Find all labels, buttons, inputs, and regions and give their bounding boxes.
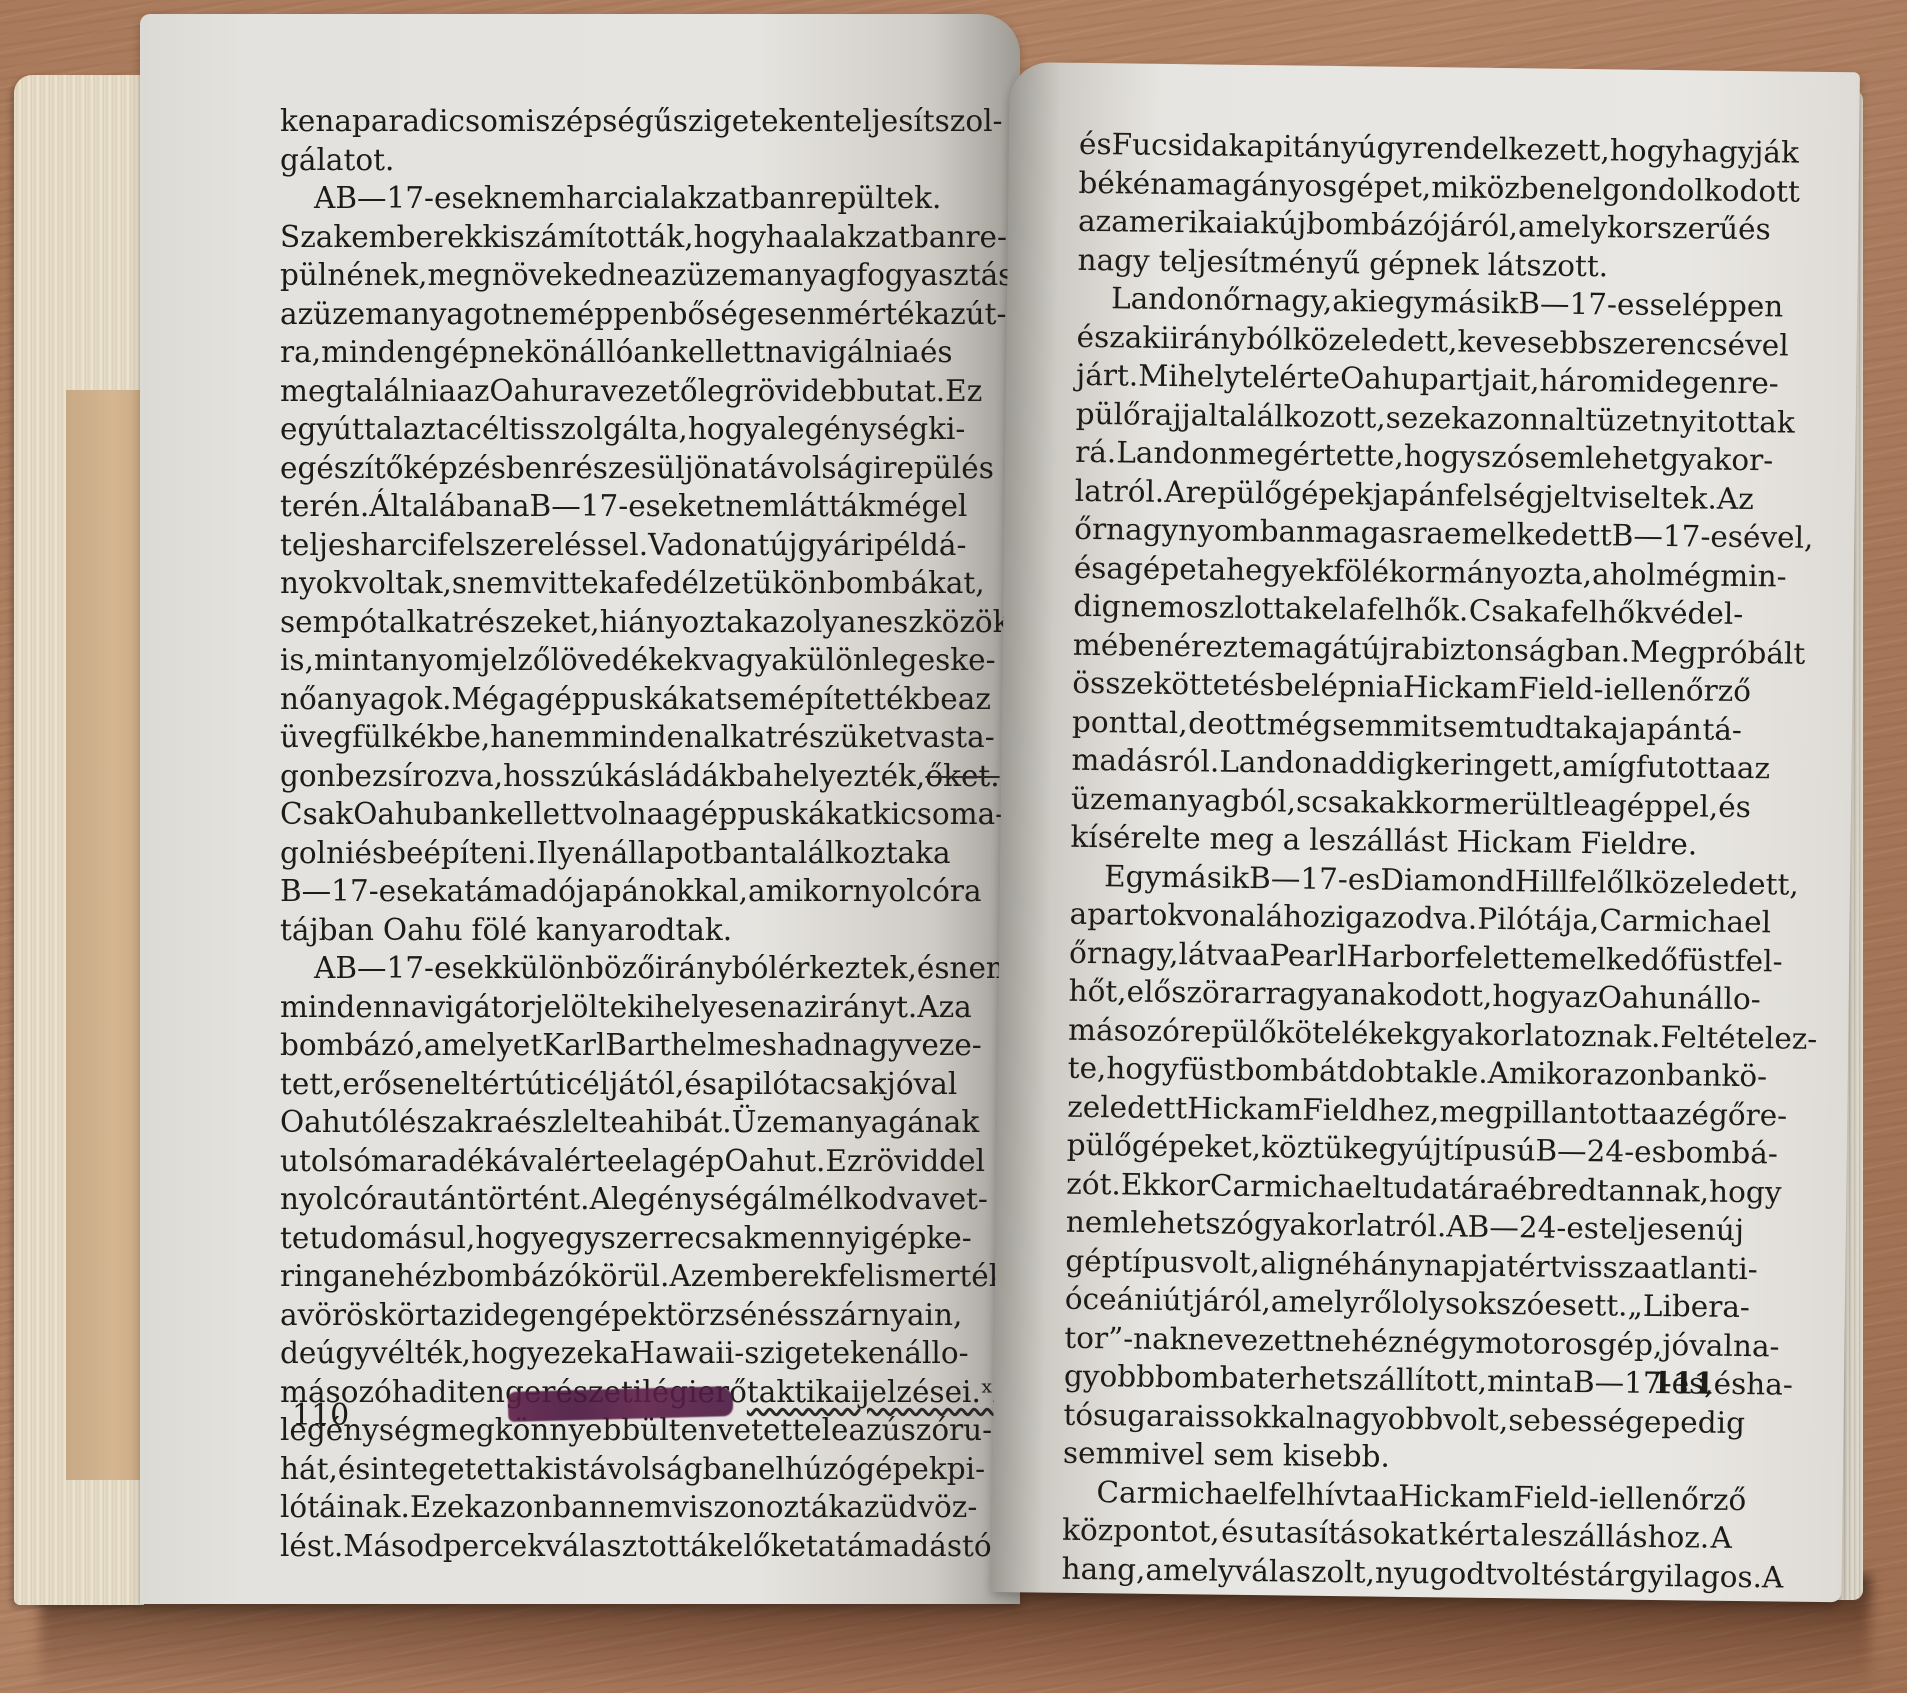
text-line: egészítőképzésbenrészesüljönatávolságire…: [280, 449, 940, 488]
text-line: lést.Másodpercekválasztottákelőketatámad…: [280, 1527, 940, 1566]
text-line: nőanyagok.Mégagéppuskákatsemépítettékbea…: [280, 680, 940, 719]
text-line: mindennavigátorjelöltekihelyesenazirányt…: [280, 988, 940, 1027]
text-line: ringanehézbombázókörül.Azemberekfelismer…: [280, 1257, 940, 1296]
text-line: terén.ÁltalábanaB—17-eseketnemláttákmége…: [280, 487, 940, 526]
page-number-right: 111: [1652, 1366, 1715, 1402]
text-line: nyolcórautántörtént.Alegénységálmélkodva…: [280, 1180, 940, 1219]
text-line: kenaparadicsomiszépségűszigetekenteljesí…: [280, 102, 940, 141]
text-line: bombázó,amelyetKarlBarthelmeshadnagyveze…: [280, 1026, 940, 1065]
text-line: sempótalkatrészeket,hiányoztakazolyanesz…: [280, 603, 940, 642]
text-line: utolsómaradékávalérteelagépOahut.Ezrövid…: [280, 1142, 940, 1181]
text-line: gálatot.: [280, 141, 940, 180]
text-line: lótáinak.Ezekazonbannemviszonoztákazüdvö…: [280, 1488, 940, 1527]
text-line: AB—17-esekkülönbözőiránybólérkeztek,ésne…: [280, 949, 940, 988]
text-line: CsakOahubankellettvolnaagéppuskákatkicso…: [280, 795, 940, 834]
text-line: avöröskörtazidegengépektörzsénésszárnyai…: [280, 1296, 940, 1335]
text-line: tájbanOahufölékanyarodtak.: [280, 911, 940, 950]
text-line: tetudomásul,hogyegyszerrecsakmennyigépke…: [280, 1219, 940, 1258]
text-line: B—17-esekatámadójapánokkal,amikornyolcór…: [280, 872, 940, 911]
text-line: teljesharcifelszereléssel.Vadonatújgyári…: [280, 526, 940, 565]
text-line: nyokvoltak,snemvittekafedélzetükönbombák…: [280, 564, 940, 603]
text-line: azüzemanyagotneméppenbőségesenmértékazút…: [280, 295, 940, 334]
text-line: gonbezsírozva,hosszúkásládákbahelyezték,…: [280, 757, 940, 796]
text-line: üvegfülkékbe,hanemmindenalkatrészüketvas…: [280, 718, 940, 757]
text-line: AB—17-eseknemharcialakzatbanrepültek.: [280, 179, 940, 218]
right-page-text: ésFucsidakapitányúgyrendelkezett,hogyhag…: [1061, 125, 1749, 1596]
text-line: pülnének,megnövekedneazüzemanyagfogyaszt…: [280, 256, 940, 295]
text-line: megtalálniaazOahuravezetőlegrövidebbutat…: [280, 372, 940, 411]
left-page-text: kenaparadicsomiszépségűszigetekenteljesí…: [280, 102, 940, 1565]
text-line: tett,erőseneltértúticéljától,ésapilótacs…: [280, 1065, 940, 1104]
text-line: ra,mindengépnekönállóankellettnavigálnia…: [280, 333, 940, 372]
purple-ink-scribble: [508, 1386, 734, 1422]
right-page: ésFucsidakapitányúgyrendelkezett,hogyhag…: [991, 62, 1860, 1602]
text-line: Szakemberekkiszámították,hogyhaalakzatba…: [280, 218, 940, 257]
repair-tape: [66, 390, 146, 1480]
text-line: hát,ésintegetettakistávolságbanelhúzógép…: [280, 1450, 940, 1489]
text-line: egyúttalaztacéltisszolgálta,hogyalegénys…: [280, 410, 940, 449]
text-line: golniésbeépíteni.Ilyenállapotbantalálkoz…: [280, 834, 940, 873]
text-line: Oahutólészakraészlelteahibát.Üzemanyagán…: [280, 1103, 940, 1142]
page-number-left: 110: [292, 1398, 349, 1433]
left-page: kenaparadicsomiszépségűszigetekenteljesí…: [140, 14, 1020, 1604]
text-line: is,mintanyomjelzőlövedékekvagyakülönlege…: [280, 641, 940, 680]
text-line: deúgyvélték,hogyezekaHawaii-szigetekenál…: [280, 1334, 940, 1373]
text-line: hang,amelyválaszolt,nyugodtvoltéstárgyil…: [1061, 1549, 1731, 1596]
